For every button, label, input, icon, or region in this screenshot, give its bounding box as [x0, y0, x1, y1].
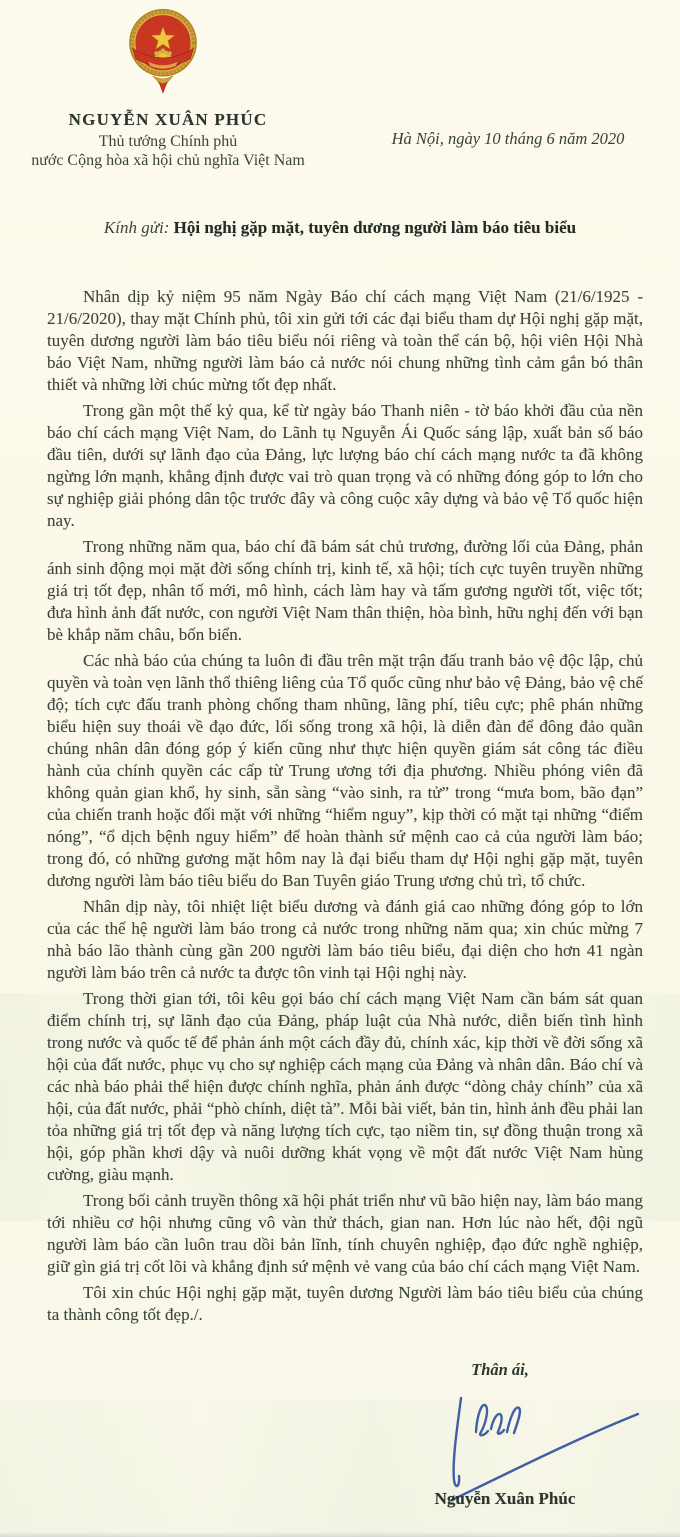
body-paragraph: Nhân dịp này, tôi nhiệt liệt biểu dương … [47, 896, 643, 984]
body-paragraph: Các nhà báo của chúng ta luôn đi đầu trê… [47, 650, 643, 892]
letterhead: NGUYỄN XUÂN PHÚC Thủ tướng Chính phủ nướ… [8, 110, 328, 170]
sender-title: Thủ tướng Chính phủ [8, 133, 328, 151]
body-paragraph: Trong thời gian tới, tôi kêu gọi báo chí… [47, 988, 643, 1186]
body-paragraph: Tôi xin chúc Hội nghị gặp mặt, tuyên dươ… [47, 1282, 643, 1326]
scan-bottom-edge [0, 1532, 680, 1537]
closing-salutation: Thân ái, [400, 1360, 600, 1380]
subject-text: Hội nghị gặp mặt, tuyên dương người làm … [169, 218, 576, 237]
subject-line: Kính gửi: Hội nghị gặp mặt, tuyên dương … [0, 218, 680, 238]
letter-body: Nhân dịp kỷ niệm 95 năm Ngày Báo chí các… [47, 286, 643, 1330]
sender-name: NGUYỄN XUÂN PHÚC [8, 110, 328, 130]
body-paragraph: Trong những năm qua, báo chí đã bám sát … [47, 536, 643, 646]
letter-page: NGUYỄN XUÂN PHÚC Thủ tướng Chính phủ nướ… [0, 0, 680, 1537]
sender-country-line: nước Cộng hòa xã hội chủ nghĩa Việt Nam [8, 152, 328, 170]
dateline: Hà Nội, ngày 10 tháng 6 năm 2020 [366, 129, 650, 149]
vietnam-national-emblem-icon [127, 6, 199, 104]
body-paragraph: Trong bối cảnh truyền thông xã hội phát … [47, 1190, 643, 1278]
body-paragraph: Nhân dịp kỷ niệm 95 năm Ngày Báo chí các… [47, 286, 643, 396]
body-paragraph: Trong gần một thế kỷ qua, kể từ ngày báo… [47, 400, 643, 532]
subject-label: Kính gửi: [104, 218, 169, 237]
signatory-name: Nguyễn Xuân Phúc [400, 1489, 610, 1509]
